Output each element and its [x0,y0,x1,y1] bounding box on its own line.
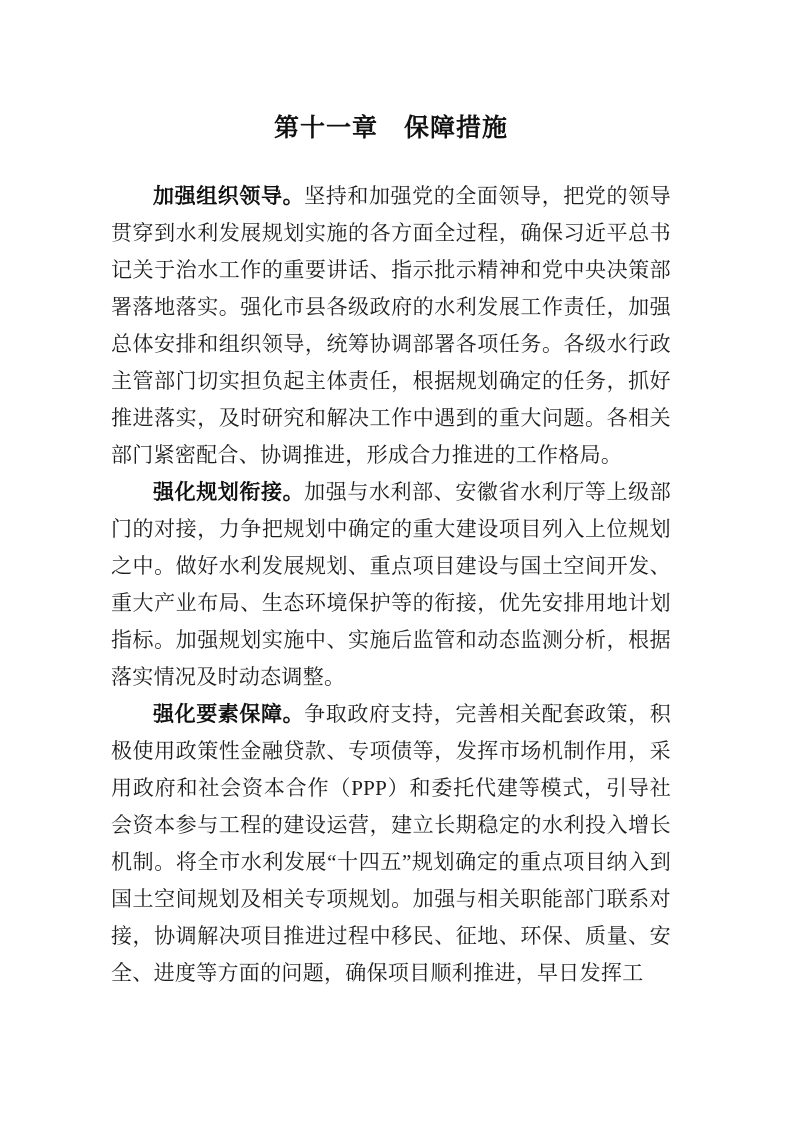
paragraph-lead: 强化要素保障。 [153,702,304,726]
chapter-title: 第十一章 保障措施 [111,112,671,144]
document-page: 第十一章 保障措施 加强组织领导。坚持和加强党的全面领导，把党的领导贯穿到水利发… [0,0,793,1122]
paragraph: 强化规划衔接。加强与水利部、安徽省水利厅等上级部门的对接，力争把规划中确定的重大… [111,474,671,696]
paragraph-body: 坚持和加强党的全面领导，把党的领导贯穿到水利发展规划实施的各方面全过程，确保习近… [111,184,671,467]
paragraph-lead: 加强组织领导。 [153,184,304,208]
paragraph-body: 加强与水利部、安徽省水利厅等上级部门的对接，力争把规划中确定的重大建设项目列入上… [111,480,671,689]
paragraph: 加强组织领导。坚持和加强党的全面领导，把党的领导贯穿到水利发展规划实施的各方面全… [111,178,671,474]
paragraph: 强化要素保障。争取政府支持，完善相关配套政策，积极使用政策性金融贷款、专项债等，… [111,696,671,992]
paragraph-lead: 强化规划衔接。 [153,480,304,504]
paragraph-body: 争取政府支持，完善相关配套政策，积极使用政策性金融贷款、专项债等，发挥市场机制作… [111,702,671,985]
